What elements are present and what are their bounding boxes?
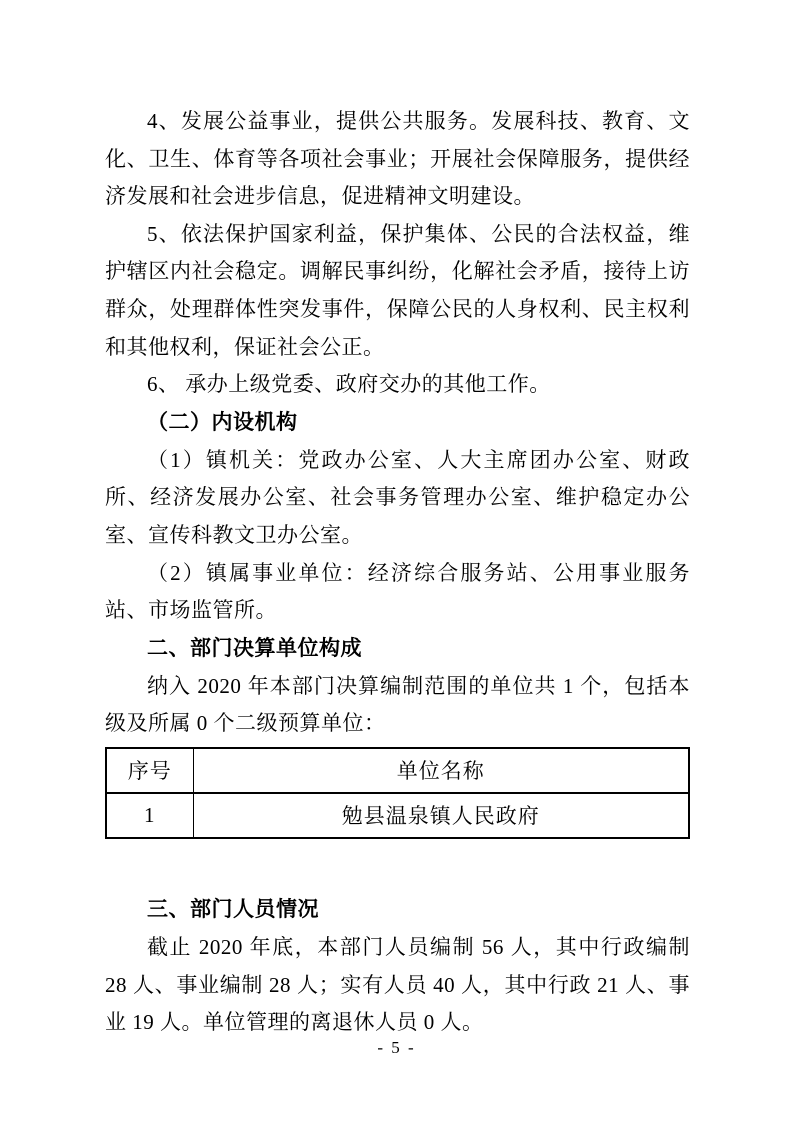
paragraph-section-2-intro: 纳入 2020 年本部门决算编制范围的单位共 1 个，包括本级及所属 0 个二级… [105, 668, 690, 743]
table-row: 1 勉县温泉镇人民政府 [106, 793, 689, 838]
heading-section-3: 三、部门人员情况 [105, 891, 690, 929]
document-content: 4、发展公益事业，提供公共服务。发展科技、教育、文化、卫生、体育等各项社会事业；… [105, 103, 690, 1042]
heading-section-2: 二、部门决算单位构成 [105, 630, 690, 668]
paragraph-duty-4: 4、发展公益事业，提供公共服务。发展科技、教育、文化、卫生、体育等各项社会事业；… [105, 103, 690, 216]
table-cell-unit-name: 勉县温泉镇人民政府 [193, 793, 689, 838]
paragraph-affiliated-units: （2）镇属事业单位：经济综合服务站、公用事业服务站、市场监管所。 [105, 555, 690, 630]
table-header-row: 序号 单位名称 [106, 748, 689, 793]
heading-internal-organization: （二）内设机构 [105, 404, 690, 442]
page-number: - 5 - [0, 1038, 793, 1058]
paragraph-duty-6: 6、 承办上级党委、政府交办的其他工作。 [105, 366, 690, 404]
document-page: 4、发展公益事业，提供公共服务。发展科技、教育、文化、卫生、体育等各项社会事业；… [0, 0, 793, 1122]
table-header-unit-name: 单位名称 [193, 748, 689, 793]
table-header-index: 序号 [106, 748, 193, 793]
paragraph-section-3-body: 截止 2020 年底，本部门人员编制 56 人，其中行政编制 28 人、事业编制… [105, 929, 690, 1042]
paragraph-duty-5: 5、依法保护国家利益，保护集体、公民的合法权益，维护辖区内社会稳定。调解民事纠纷… [105, 216, 690, 366]
unit-list-table: 序号 单位名称 1 勉县温泉镇人民政府 [105, 747, 690, 839]
paragraph-town-offices: （1）镇机关：党政办公室、人大主席团办公室、财政所、经济发展办公室、社会事务管理… [105, 442, 690, 555]
table-cell-index: 1 [106, 793, 193, 838]
